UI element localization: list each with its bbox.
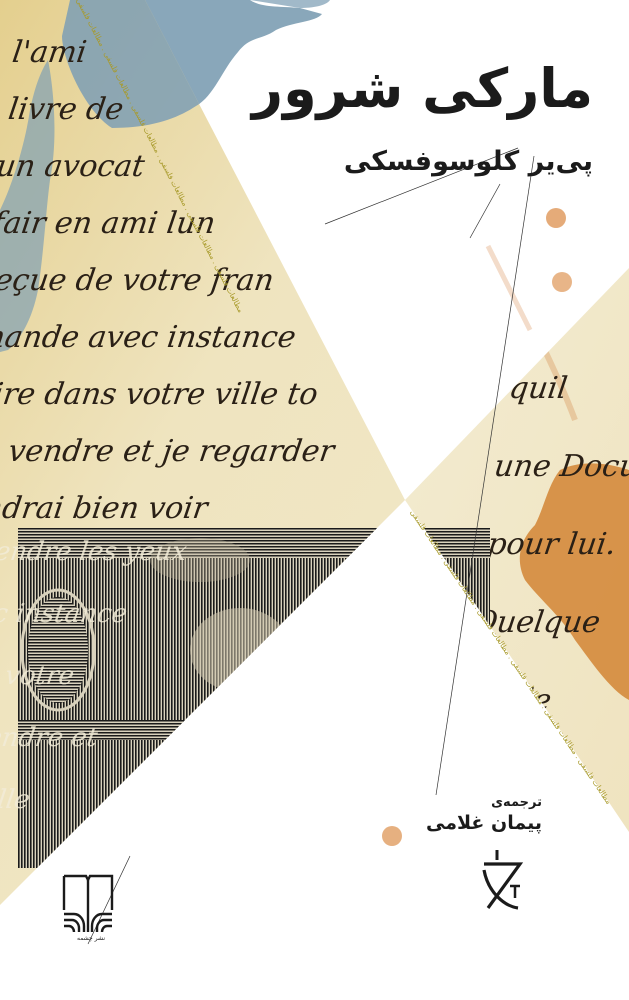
handwriting-line: mande avec instance <box>0 320 298 355</box>
book-title: مارکی شرور <box>252 62 593 116</box>
handwriting-line: quil <box>507 371 570 406</box>
translator-name: پیمان غلامی <box>426 812 542 834</box>
handwriting-line: une Document <box>492 449 629 484</box>
handwriting-line: dans votre <box>0 661 76 691</box>
handwriting-line: lui vendre et je regarder <box>0 434 338 469</box>
handwriting-line: vendrai bien voir <box>0 491 211 526</box>
handwriting-line: faire dans votre ville to <box>0 377 320 412</box>
handwriting-line: l'ami <box>10 35 89 70</box>
series-monogram-icon <box>480 848 526 914</box>
translator-label: ترجمه‌ی <box>491 795 542 810</box>
right-paper-panel: equilune Documentpour lui.QuelqueMade <box>380 250 629 850</box>
handwriting-line: une ville <box>0 785 32 815</box>
handwriting-line: un avocat <box>0 149 148 184</box>
handwriting-line: entendre les yeux <box>0 537 189 567</box>
handwriting-line: lui vendre et <box>0 723 100 753</box>
book-author: پی‌یر کلوسوفسکی <box>344 148 593 175</box>
publisher-name: نشر چشمه <box>62 935 120 942</box>
book-cover: l'amilivre deun avocatfair en ami lunreç… <box>0 0 629 1000</box>
open-book-icon <box>58 874 118 934</box>
handwriting-line: livre de <box>6 92 126 127</box>
handwriting-line: pour lui. <box>485 527 618 562</box>
handwriting-line: avec instance <box>0 599 129 629</box>
engraving-illustration: entendre les yeuxavec instancedans votre… <box>0 528 490 868</box>
